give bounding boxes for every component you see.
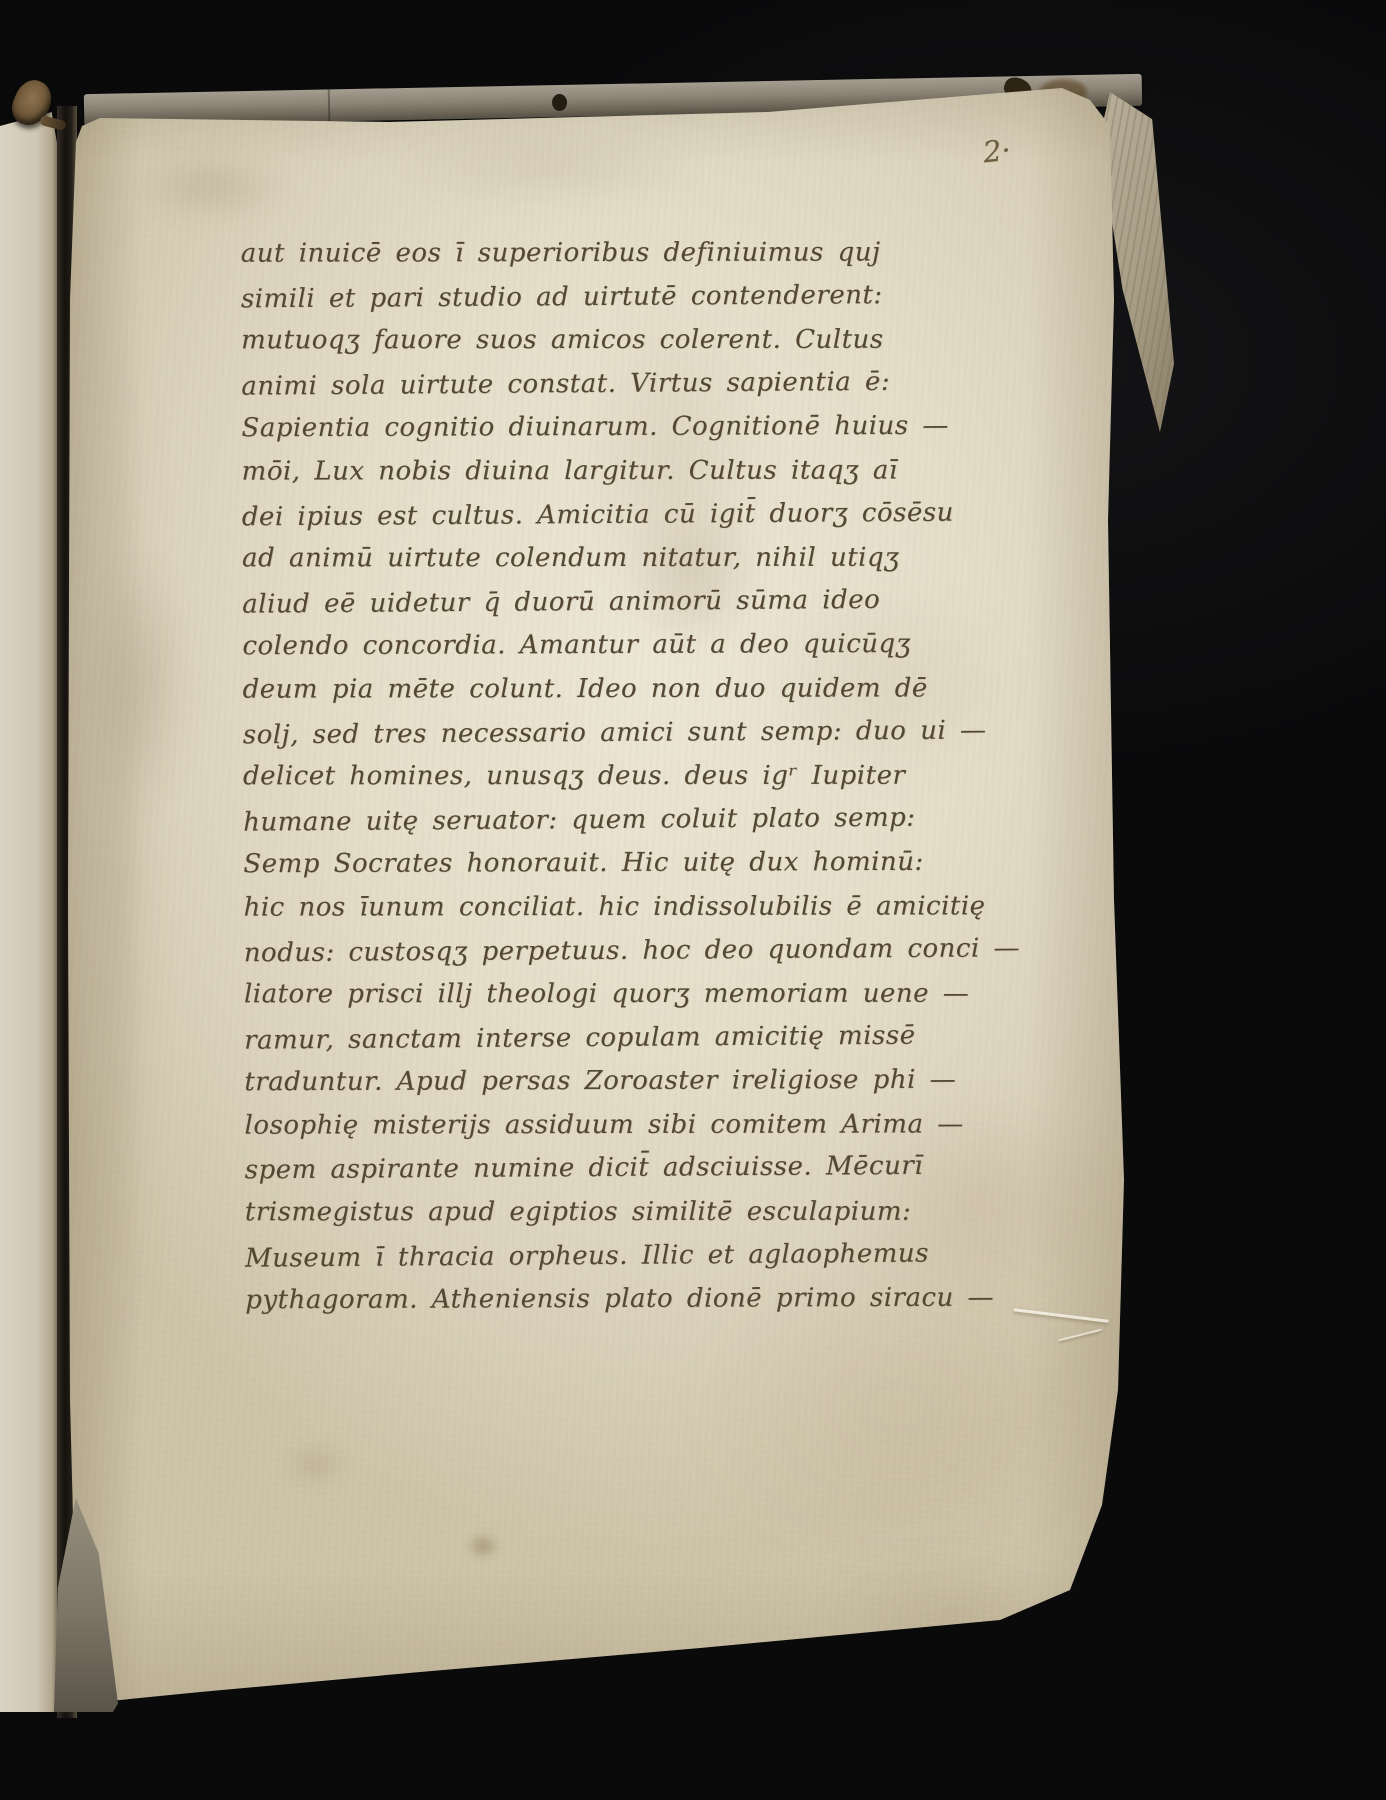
manuscript-photo: 2· aut inuicē eos ī superioribus definiu…: [0, 0, 1386, 1800]
board-edge-joint: [328, 89, 331, 121]
manuscript-text-line: mutuoqʒ fauore suos amicos colerent. Cul…: [241, 319, 951, 363]
manuscript-text-line: ramur, sanctam interse copulam amicitię …: [244, 1014, 954, 1063]
manuscript-text-line: humane uitę seruator: quem coluit plato …: [243, 796, 953, 845]
stain: [388, 132, 708, 202]
stain: [86, 252, 156, 1452]
manuscript-text-line: Museum ī thracia orpheus. Illic et aglao…: [245, 1232, 955, 1281]
paper-crease: [1013, 1308, 1109, 1323]
manuscript-text-line: animi sola uirtute constat. Virtus sapie…: [241, 360, 951, 409]
stain: [92, 552, 192, 812]
folio-number: 2·: [981, 133, 1012, 170]
wormhole: [552, 94, 567, 111]
manuscript-page: 2· aut inuicē eos ī superioribus definiu…: [68, 82, 1134, 1714]
stain: [138, 152, 288, 222]
manuscript-text-line: simili et pari studio ad uirtutē contend…: [241, 273, 951, 321]
manuscript-text-line: spem aspirante numine dicit̄ adsciuisse.…: [245, 1145, 955, 1193]
manuscript-text-line: losophię misterijs assiduum sibi comitem…: [244, 1103, 954, 1148]
stain: [466, 1532, 500, 1560]
manuscript-text: aut inuicē eos ī superioribus definiuimu…: [241, 230, 956, 1323]
manuscript-text-line: liatore prisci illj theologi quorʒ memor…: [244, 973, 954, 1017]
stain: [818, 1552, 1088, 1682]
manuscript-text-line: trismegistus apud egiptios similitē escu…: [245, 1191, 955, 1235]
manuscript-text-line: dei ipius est cultus. Amicitia cū igit̄ …: [242, 491, 952, 539]
manuscript-text-line: traduntur. Apud persas Zoroaster ireligi…: [244, 1059, 954, 1105]
manuscript-text-line: colendo concordia. Amantur aūt a deo qui…: [242, 623, 952, 669]
manuscript-text-line: aliud eē uidetur q̄ duorū animorū sūma i…: [242, 578, 952, 627]
manuscript-text-line: mōi, Lux nobis diuina largitur. Cultus i…: [242, 449, 952, 494]
stain: [284, 1444, 346, 1486]
manuscript-text-line: solj, sed tres necessario amici sunt sem…: [243, 709, 953, 757]
paper-crease: [1058, 1329, 1101, 1342]
manuscript-text-line: nodus: custosqʒ perpetuus. hoc deo quond…: [244, 927, 954, 975]
manuscript-text-line: hic nos īunum conciliat. hic indissolubi…: [244, 885, 954, 930]
manuscript-text-line: deum pia mēte colunt. Ideo non duo quide…: [243, 667, 953, 712]
manuscript-text-line: pythagoram. Atheniensis plato dionē prim…: [245, 1277, 955, 1323]
facing-page-edge: [0, 112, 60, 1712]
manuscript-text-line: Semp Socrates honorauit. Hic uitę dux ho…: [243, 841, 953, 887]
manuscript-text-line: ad animū uirtute colendum nitatur, nihil…: [242, 537, 952, 581]
manuscript-text-line: Sapientia cognitio diuinarum. Cognitionē…: [241, 405, 951, 451]
manuscript-text-line: delicet homines, unusqʒ deus. deus igʳ I…: [243, 755, 953, 799]
manuscript-text-line: aut inuicē eos ī superioribus definiuimu…: [241, 231, 951, 276]
